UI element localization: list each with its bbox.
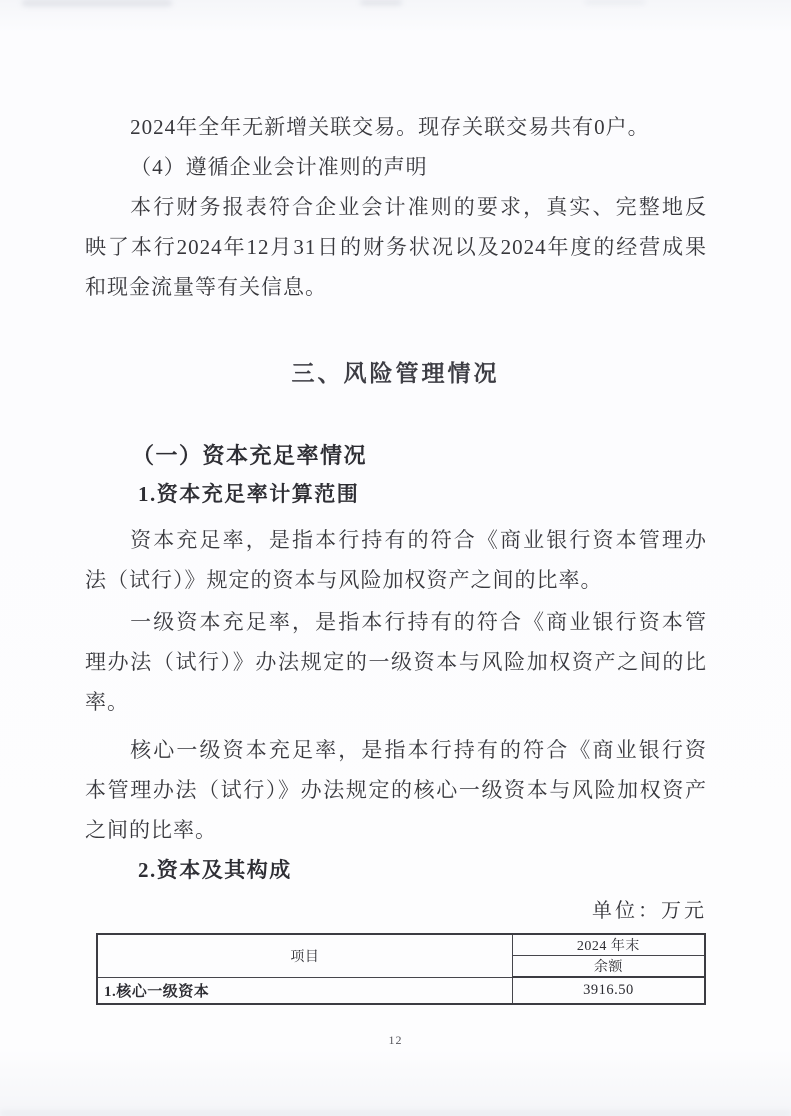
definition-line: 率。 bbox=[85, 682, 707, 722]
statement-line: 和现金流量等有关信息。 bbox=[85, 267, 707, 307]
document-page: 2024年全年无新增关联交易。现存关联交易共有0户。 （4）遵循企业会计准则的声… bbox=[0, 0, 791, 1116]
scan-smudge bbox=[0, 1111, 791, 1116]
capital-ratio-definition: 资本充足率，是指本行持有的符合《商业银行资本管理办 法（试行）》规定的资本与风险… bbox=[85, 520, 707, 600]
page-number: 12 bbox=[0, 1033, 791, 1047]
core-tier1-ratio-definition: 核心一级资本充足率，是指本行持有的符合《商业银行资 本管理办法（试行）》办法规定… bbox=[85, 730, 707, 850]
definition-line: 一级资本充足率，是指本行持有的符合《商业银行资本管 bbox=[85, 602, 707, 642]
related-party-line: 2024年全年无新增关联交易。现存关联交易共有0户。 bbox=[85, 107, 707, 147]
capital-composition-table: 项目 2024 年末 余额 1.核心一级资本 3916.50 bbox=[96, 933, 706, 1005]
table-unit-label: 单位：万元 bbox=[85, 899, 707, 923]
definition-line: 理办法（试行）》办法规定的一级资本与风险加权资产之间的比 bbox=[85, 642, 707, 682]
table-row: 1.核心一级资本 3916.50 bbox=[97, 977, 705, 1004]
scan-smudge bbox=[22, 0, 172, 6]
statement-heading: （4）遵循企业会计准则的声明 bbox=[85, 147, 707, 187]
subsection-title: （一）资本充足率情况 bbox=[132, 443, 367, 469]
definition-line: 核心一级资本充足率，是指本行持有的符合《商业银行资 bbox=[85, 730, 707, 770]
definition-line: 资本充足率，是指本行持有的符合《商业银行资本管理办 bbox=[85, 520, 707, 560]
intro-paragraphs: 2024年全年无新增关联交易。现存关联交易共有0户。 （4）遵循企业会计准则的声… bbox=[85, 107, 707, 307]
table-header-row: 项目 2024 年末 bbox=[97, 934, 705, 956]
scan-smudge bbox=[585, 0, 645, 4]
tier1-ratio-definition: 一级资本充足率，是指本行持有的符合《商业银行资本管 理办法（试行）》办法规定的一… bbox=[85, 602, 707, 722]
scan-smudge bbox=[360, 0, 402, 5]
row-value-cell: 3916.50 bbox=[512, 977, 705, 1004]
definition-line: 之间的比率。 bbox=[85, 810, 707, 850]
section-title: 三、风险管理情况 bbox=[0, 358, 791, 388]
row-item-cell: 1.核心一级资本 bbox=[97, 977, 512, 1004]
item1-title: 1.资本充足率计算范围 bbox=[138, 481, 359, 507]
header-cell-item: 项目 bbox=[97, 934, 512, 977]
definition-line: 法（试行）》规定的资本与风险加权资产之间的比率。 bbox=[85, 560, 707, 600]
header-cell-period: 2024 年末 bbox=[512, 934, 705, 956]
header-cell-balance: 余额 bbox=[512, 956, 705, 978]
item2-title: 2.资本及其构成 bbox=[138, 857, 292, 883]
definition-line: 本管理办法（试行）》办法规定的核心一级资本与风险加权资产 bbox=[85, 770, 707, 810]
statement-line: 本行财务报表符合企业会计准则的要求，真实、完整地反 bbox=[85, 187, 707, 227]
statement-line: 映了本行2024年12月31日的财务状况以及2024年度的经营成果 bbox=[85, 227, 707, 267]
